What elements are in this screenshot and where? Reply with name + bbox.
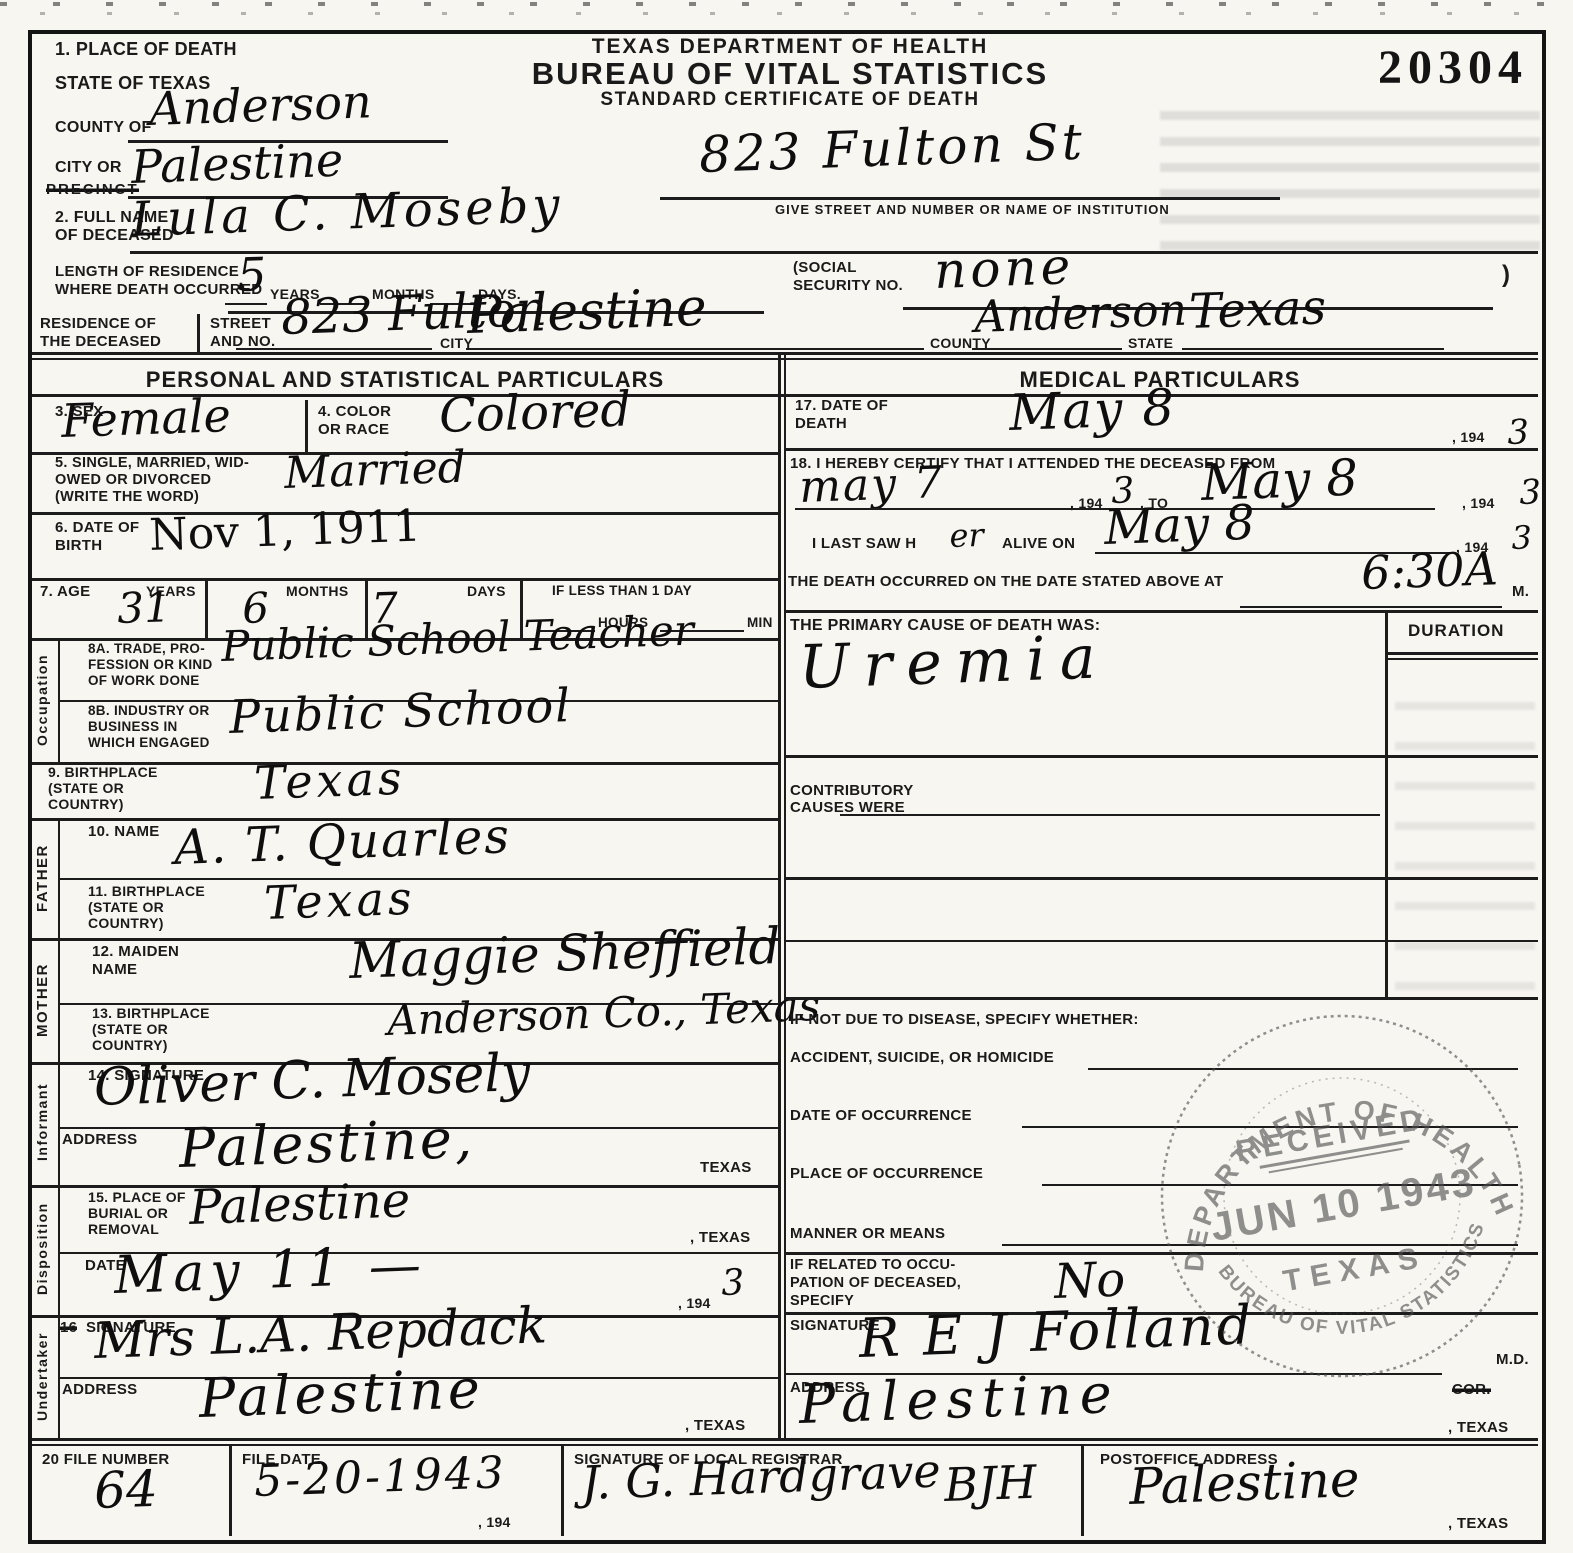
section-personal-header: PERSONAL AND STATISTICAL PARTICULARS	[60, 368, 750, 391]
residence-state-value: Texas	[1188, 283, 1327, 336]
last-saw-date-value: May 8	[1103, 499, 1255, 552]
undertaker-addr-label: ADDRESS	[62, 1382, 137, 1398]
stamp-state-text: TEXAS	[1281, 1241, 1430, 1299]
informant-addr-state: TEXAS	[700, 1160, 752, 1176]
mother-bp-label-2: (STATE OR	[92, 1022, 168, 1037]
file-date-value: 5-20-1943	[253, 1451, 507, 1504]
rule	[466, 348, 924, 350]
manner-label: MANNER OR MEANS	[790, 1226, 945, 1242]
rule	[229, 1444, 232, 1536]
marital-label-3: (WRITE THE WORD)	[55, 490, 199, 505]
occurred-m-label: M.	[1512, 584, 1529, 600]
mother-bp-label-1: 13. BIRTHPLACE	[92, 1006, 210, 1021]
related-label-2: PATION OF DECEASED,	[790, 1276, 961, 1291]
city-struck-word: PRECINCT	[46, 182, 139, 198]
burial-date-year: 3	[721, 1265, 745, 1302]
residence-length-label-2: WHERE DEATH OCCURRED	[55, 282, 262, 298]
burial-label-1: 15. PLACE OF	[88, 1190, 186, 1205]
file-no-value: 64	[93, 1464, 158, 1516]
occurred-label: THE DEATH OCCURRED ON THE DATE STATED AB…	[788, 574, 1223, 590]
rule	[786, 448, 1538, 451]
street-value: 823 Fulton St	[698, 117, 1085, 180]
rule	[786, 610, 1538, 613]
trade-label-1: 8A. TRADE, PRO-	[88, 642, 205, 656]
informant-side-label: Informant	[34, 1066, 50, 1178]
rule	[58, 1062, 60, 1185]
to-printed: , 194	[1462, 496, 1495, 511]
informant-sig-value: Oliver C. Mosely	[93, 1047, 531, 1114]
physician-addr-value: Palestine	[798, 1367, 1120, 1432]
residence-length-label-1: LENGTH OF RESIDENCE	[55, 264, 239, 280]
date-occ-label: DATE OF OCCURRENCE	[790, 1108, 972, 1124]
related-label-1: IF RELATED TO OCCU-	[790, 1258, 955, 1273]
to-year: 3	[1519, 475, 1542, 510]
rule	[32, 1444, 1538, 1446]
city-value: Palestine	[130, 137, 343, 190]
disposition-side-label: Disposition	[34, 1189, 50, 1309]
father-name-label: 10. NAME	[88, 824, 160, 840]
alive-on-label: ALIVE ON	[1002, 536, 1075, 552]
informant-addr-label: ADDRESS	[62, 1132, 137, 1148]
occurred-time-value: 6:30A	[1360, 545, 1498, 596]
residence-label-1: RESIDENCE OF	[40, 316, 156, 332]
ssn-value: none	[933, 241, 1075, 296]
rule	[130, 251, 1538, 254]
dob-value: Nov 1, 1911	[148, 505, 421, 558]
dod-year: 3	[1507, 415, 1530, 450]
father-bp-label-3: COUNTRY)	[88, 916, 164, 931]
trade-label-3: OF WORK DONE	[88, 674, 200, 688]
street-hint: GIVE STREET AND NUMBER OR NAME OF INSTIT…	[775, 203, 1170, 217]
dod-label-1: 17. DATE OF	[795, 398, 888, 414]
rule	[786, 997, 1538, 1000]
ssn-label-2: SECURITY NO.	[793, 278, 903, 294]
burial-date-value: May 11 —	[113, 1239, 427, 1302]
age-years-value: 31	[117, 586, 172, 630]
county-of-label: COUNTY OF	[55, 120, 152, 137]
rule	[786, 755, 1538, 758]
mother-bp-label-3: COUNTRY)	[92, 1038, 168, 1053]
dod-printed: , 194	[1452, 430, 1485, 445]
duration-label: DURATION	[1408, 622, 1504, 640]
received-stamp: DEPARTMENT OF HEALTH BUREAU OF VITAL STA…	[1148, 1002, 1536, 1390]
last-saw-year: 3	[1511, 521, 1532, 554]
dod-label-2: DEATH	[795, 416, 847, 432]
header-dept: TEXAS DEPARTMENT OF HEALTH	[540, 36, 1040, 58]
rule	[1081, 1444, 1084, 1536]
informant-addr-value: Palestine,	[178, 1112, 476, 1176]
burial-state: , TEXAS	[690, 1230, 750, 1246]
mother-side-label: MOTHER	[34, 942, 51, 1058]
birthplace-label-3: COUNTRY)	[48, 797, 124, 812]
dod-value: May 8	[1008, 382, 1177, 438]
burial-label-2: BURIAL OR	[88, 1206, 168, 1221]
postoffice-state: , TEXAS	[1448, 1516, 1508, 1532]
rule	[225, 303, 267, 305]
occupation-side-label: Occupation	[34, 642, 50, 758]
burial-value: Palestine	[188, 1176, 411, 1232]
rule	[778, 355, 781, 1440]
registrar-initials: BJH	[943, 1459, 1037, 1508]
rule	[305, 400, 308, 452]
residence-years-value: 5	[236, 251, 267, 298]
fullname-value: Lula C. Moseby	[130, 181, 564, 244]
marital-label-2: OWED OR DIVORCED	[55, 473, 211, 488]
father-name-value: A. T. Quarles	[173, 812, 511, 872]
birthplace-value: Texas	[253, 755, 406, 806]
related-label-3: SPECIFY	[790, 1294, 854, 1309]
last-saw-er-scribble: er	[949, 519, 984, 552]
rule	[786, 877, 1538, 880]
color-label-1: 4. COLOR	[318, 404, 391, 420]
place-occ-label: PLACE OF OCCURRENCE	[790, 1166, 983, 1182]
contributory-label-1: CONTRIBUTORY	[790, 783, 914, 799]
cause-value: Uremia	[798, 627, 1111, 698]
rule	[1240, 606, 1502, 608]
undertaker-sig-num: 16	[60, 1320, 77, 1336]
attended-from-value: may 7	[798, 461, 944, 510]
rule	[32, 578, 778, 581]
postoffice-value: Palestine	[1128, 1454, 1360, 1512]
rule	[1385, 652, 1538, 655]
stamp-date-text: JUN 10 1943	[1207, 1160, 1479, 1250]
rule	[205, 578, 208, 638]
industry-value: Public School	[228, 682, 572, 740]
father-bp-value: Texas	[263, 875, 416, 926]
city-or-label: CITY OR	[55, 160, 122, 177]
undertaker-sig-value: Mrs L.A. Repdack	[93, 1300, 547, 1366]
undertaker-side-label: Undertaker	[34, 1319, 50, 1434]
residence-label-2: THE DECEASED	[40, 334, 161, 350]
color-label-2: OR RACE	[318, 422, 389, 438]
rule	[32, 1438, 1538, 1441]
rule	[972, 348, 1122, 350]
file-date-printed: , 194	[478, 1515, 511, 1530]
trade-label-2: FESSION OR KIND	[88, 658, 213, 672]
birthplace-label-2: (STATE OR	[48, 781, 124, 796]
burial-date-printed: , 194	[678, 1296, 711, 1311]
sex-value: Female	[60, 392, 231, 444]
street-no-label-1: STREET	[210, 316, 271, 332]
rule	[561, 1444, 564, 1536]
ssn-close-paren: )	[1502, 262, 1510, 287]
dob-label-1: 6. DATE OF	[55, 520, 139, 536]
county-value: Anderson	[148, 78, 372, 132]
industry-label-3: WHICH ENGAGED	[88, 736, 210, 750]
rule	[197, 314, 200, 352]
marital-label-1: 5. SINGLE, MARRIED, WID-	[55, 456, 249, 471]
industry-label-1: 8B. INDUSTRY OR	[88, 704, 210, 718]
age-days-label: DAYS	[467, 584, 506, 599]
rule	[58, 938, 60, 1062]
rule	[58, 1185, 60, 1315]
residence-city-value: Palestine	[466, 282, 707, 342]
father-bp-label-2: (STATE OR	[88, 900, 164, 915]
last-saw-label: I LAST SAW H	[812, 536, 916, 552]
marital-value: Married	[283, 446, 466, 496]
age-months-label: MONTHS	[286, 584, 348, 599]
header-bureau: BUREAU OF VITAL STATISTICS	[490, 58, 1090, 91]
father-bp-label-1: 11. BIRTHPLACE	[88, 884, 205, 899]
scan-noise-top2	[40, 12, 1540, 15]
physician-addr-state: , TEXAS	[1448, 1420, 1508, 1436]
ssn-label-1: (SOCIAL	[793, 260, 857, 276]
birthplace-label-1: 9. BIRTHPLACE	[48, 765, 158, 780]
scan-noise-top	[0, 2, 1573, 6]
rule	[786, 940, 1538, 942]
father-side-label: FATHER	[34, 822, 51, 934]
rule	[60, 878, 778, 880]
if-less-label: IF LESS THAN 1 DAY	[552, 584, 692, 598]
item1-place-of-death: 1. PLACE OF DEATH	[55, 40, 237, 59]
state-small-label: STATE	[1128, 336, 1173, 351]
maiden-label-1: 12. MAIDEN	[92, 944, 179, 960]
color-value: Colored	[438, 385, 632, 440]
death-certificate-scan: 1. PLACE OF DEATH STATE OF TEXAS TEXAS D…	[0, 0, 1573, 1553]
industry-label-2: BUSINESS IN	[88, 720, 178, 734]
dob-label-2: BIRTH	[55, 538, 102, 554]
maiden-value: Maggie Sheffield	[348, 921, 781, 986]
rule	[1385, 658, 1538, 660]
residence-county-value: Anderson	[973, 289, 1187, 340]
age-label: 7. AGE	[40, 584, 90, 600]
rule	[840, 814, 1380, 816]
rule	[660, 197, 1280, 200]
undertaker-addr-value: Palestine	[198, 1362, 484, 1426]
if-not-label: IF NOT DUE TO DISEASE, SPECIFY WHETHER:	[790, 1012, 1139, 1028]
rule	[236, 348, 432, 350]
registrar-signature: J. G. Hardgrave	[580, 1447, 941, 1506]
min-label: MIN	[747, 616, 773, 630]
certificate-number: 20304	[1378, 40, 1528, 95]
rule	[1182, 348, 1444, 350]
burial-label-3: REMOVAL	[88, 1222, 159, 1237]
header-subtitle: STANDARD CERTIFICATE OF DEATH	[540, 90, 1040, 110]
undertaker-addr-state: , TEXAS	[685, 1418, 745, 1434]
maiden-label-2: NAME	[92, 962, 137, 978]
rule	[784, 355, 786, 1440]
accident-label: ACCIDENT, SUICIDE, OR HOMICIDE	[790, 1050, 1054, 1066]
